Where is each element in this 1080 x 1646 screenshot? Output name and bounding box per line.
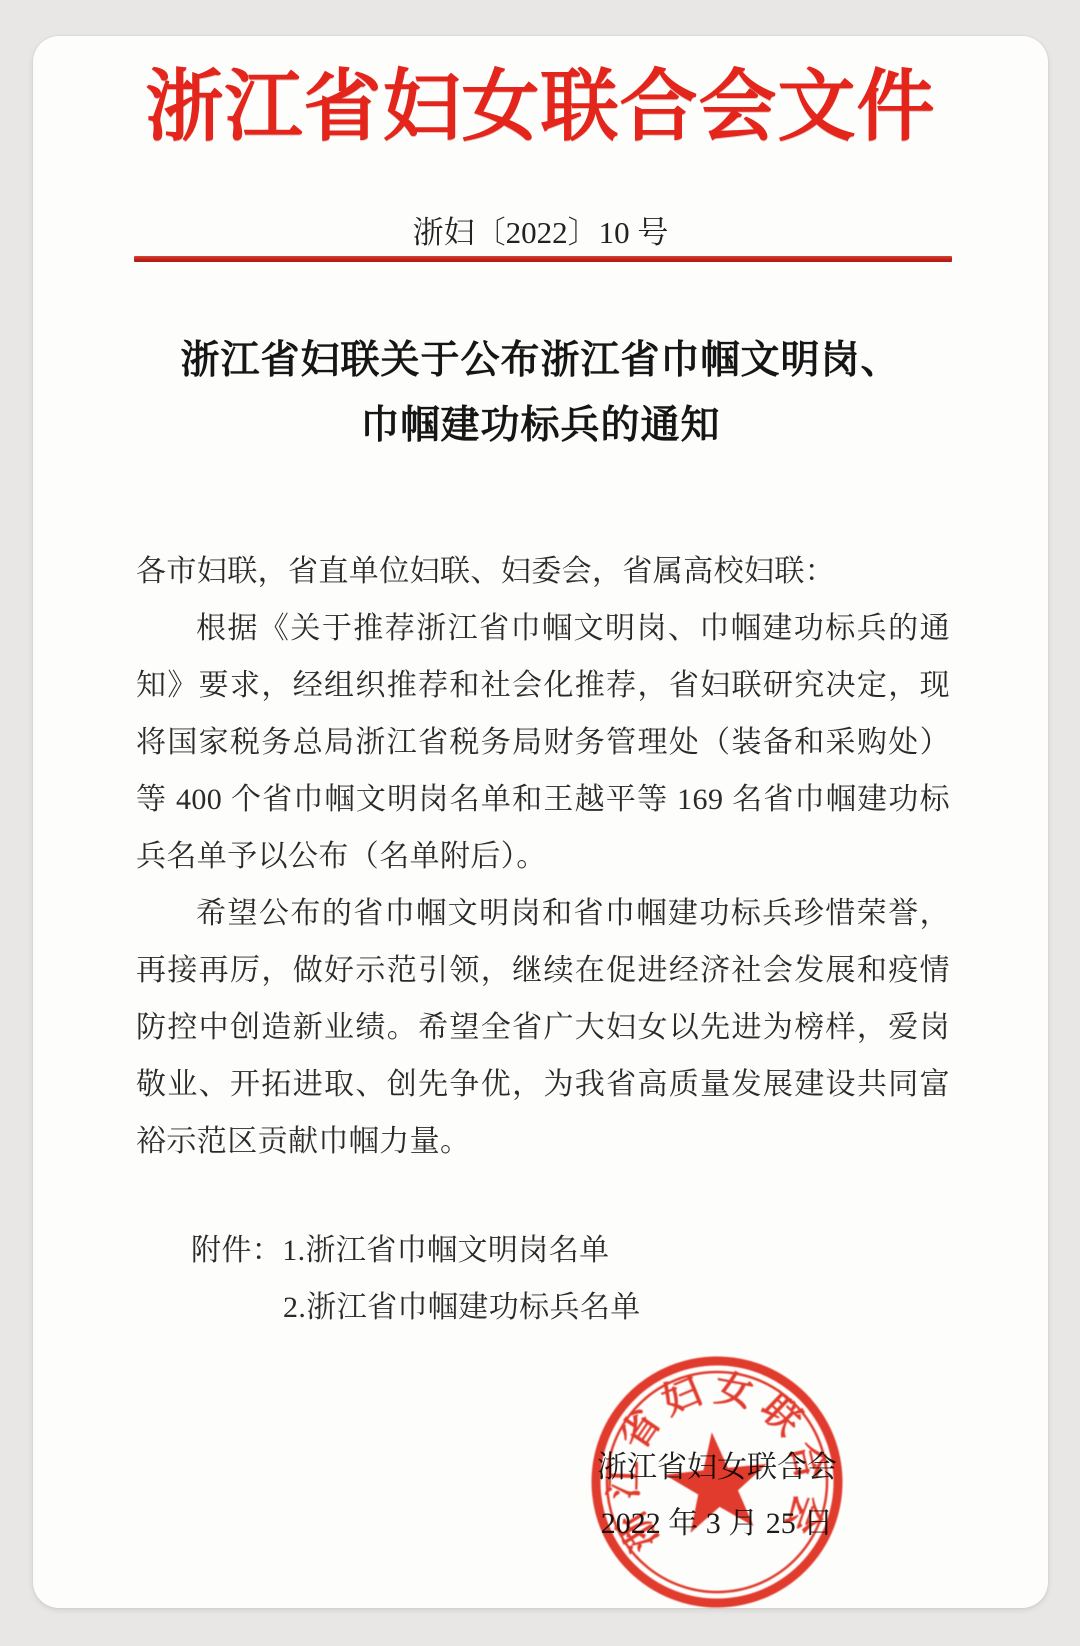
attachments-label: 附件： bbox=[191, 1234, 282, 1267]
official-seal-stamp: 浙江省妇女联合会 bbox=[574, 1339, 860, 1625]
document-page: 浙江省妇女联合会文件 浙妇〔2022〕10 号 浙江省妇联关于公布浙江省巾帼文明… bbox=[33, 36, 1048, 1608]
red-header-title: 浙江省妇女联合会文件 bbox=[33, 52, 1048, 162]
body-paragraph-2: 希望公布的省巾帼文明岗和省巾帼建功标兵珍惜荣誉，再接再厉，做好示范引领，继续在促… bbox=[136, 885, 950, 1170]
seal-char: 合 bbox=[782, 1438, 832, 1485]
attachment-item-1: 1.浙江省巾帼文明岗名单 bbox=[282, 1234, 609, 1267]
document-title-line1: 浙江省妇联关于公布浙江省巾帼文明岗、 bbox=[33, 328, 1048, 393]
body-paragraph-1: 根据《关于推荐浙江省巾帼文明岗、巾帼建功标兵的通知》要求，经组织推荐和社会化推荐… bbox=[136, 600, 950, 885]
attachments-block: 附件：1.浙江省巾帼文明岗名单 2.浙江省巾帼建功标兵名单 bbox=[191, 1222, 641, 1336]
seal-char: 女 bbox=[711, 1367, 756, 1415]
document-title: 浙江省妇联关于公布浙江省巾帼文明岗、 巾帼建功标兵的通知 bbox=[33, 328, 1048, 458]
document-number: 浙妇〔2022〕10 号 bbox=[33, 214, 1048, 252]
attachment-item-1-line: 附件：1.浙江省巾帼文明岗名单 bbox=[191, 1222, 641, 1279]
seal-star-icon bbox=[661, 1427, 773, 1535]
salutation-line: 各市妇联，省直单位妇联、妇委会，省属高校妇联： bbox=[136, 543, 950, 600]
red-divider-line bbox=[134, 256, 952, 262]
seal-char: 江 bbox=[604, 1461, 647, 1500]
document-title-line2: 巾帼建功标兵的通知 bbox=[33, 393, 1048, 458]
attachment-item-2: 2.浙江省巾帼建功标兵名单 bbox=[191, 1279, 641, 1336]
document-body: 各市妇联，省直单位妇联、妇委会，省属高校妇联： 根据《关于推荐浙江省巾帼文明岗、… bbox=[136, 543, 950, 1170]
seal-char: 会 bbox=[777, 1488, 829, 1538]
